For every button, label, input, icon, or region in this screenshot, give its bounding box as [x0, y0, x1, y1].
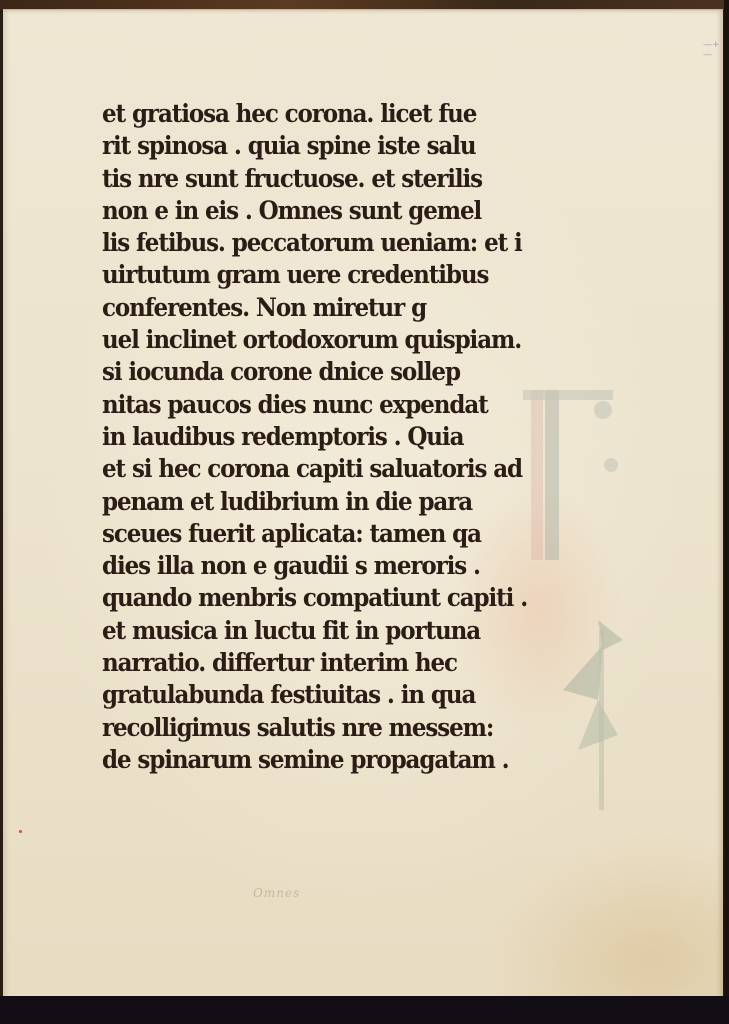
manuscript-text-block: et gratiosa hec corona. licet fue rit sp… [102, 98, 542, 776]
text-line: et si hec corona capiti saluatoris ad [102, 453, 507, 485]
text-line: nitas paucos dies nunc expendat [102, 389, 507, 421]
text-line: narratio. differtur interim hec [102, 647, 507, 679]
text-line: uel inclinet ortodoxorum quispiam. [102, 324, 507, 356]
text-line: conferentes. Non miretur g [102, 292, 507, 324]
scan-background-bottom [0, 996, 729, 1024]
margin-pencil-mark: —+— [703, 40, 723, 60]
text-line: lis fetibus. peccatorum ueniam: et i [102, 227, 507, 259]
text-line: in laudibus redemptoris . Quia [102, 421, 507, 453]
text-line: dies illa non e gaudii s meroris . [102, 550, 507, 582]
text-line: sceues fuerit aplicata: tamen qa [102, 518, 507, 550]
text-line: gratulabunda festiuitas . in qua [102, 679, 507, 711]
text-line: de spinarum semine propagatam . [102, 744, 507, 776]
text-line: rit spinosa . quia spine iste salu [102, 130, 507, 162]
text-line: si iocunda corone dnice sollep [102, 356, 507, 388]
text-line: uirtutum gram uere credentibus [102, 259, 507, 291]
text-line: penam et ludibrium in die para [102, 486, 507, 518]
red-ink-speck [19, 830, 22, 833]
manuscript-leaf: et gratiosa hec corona. licet fue rit sp… [3, 9, 723, 1009]
text-line: quando menbris compatiunt capiti . [102, 582, 507, 614]
text-line: non e in eis . Omnes sunt gemel [102, 195, 507, 227]
faint-catchword: Omnes [253, 886, 300, 900]
text-line: et gratiosa hec corona. licet fue [102, 98, 507, 130]
binding-right-edge [724, 0, 729, 1024]
text-line: tis nre sunt fructuose. et sterilis [102, 163, 507, 195]
text-line: et musica in luctu fit in portuna [102, 615, 507, 647]
text-line: recolligimus salutis nre messem: [102, 712, 507, 744]
